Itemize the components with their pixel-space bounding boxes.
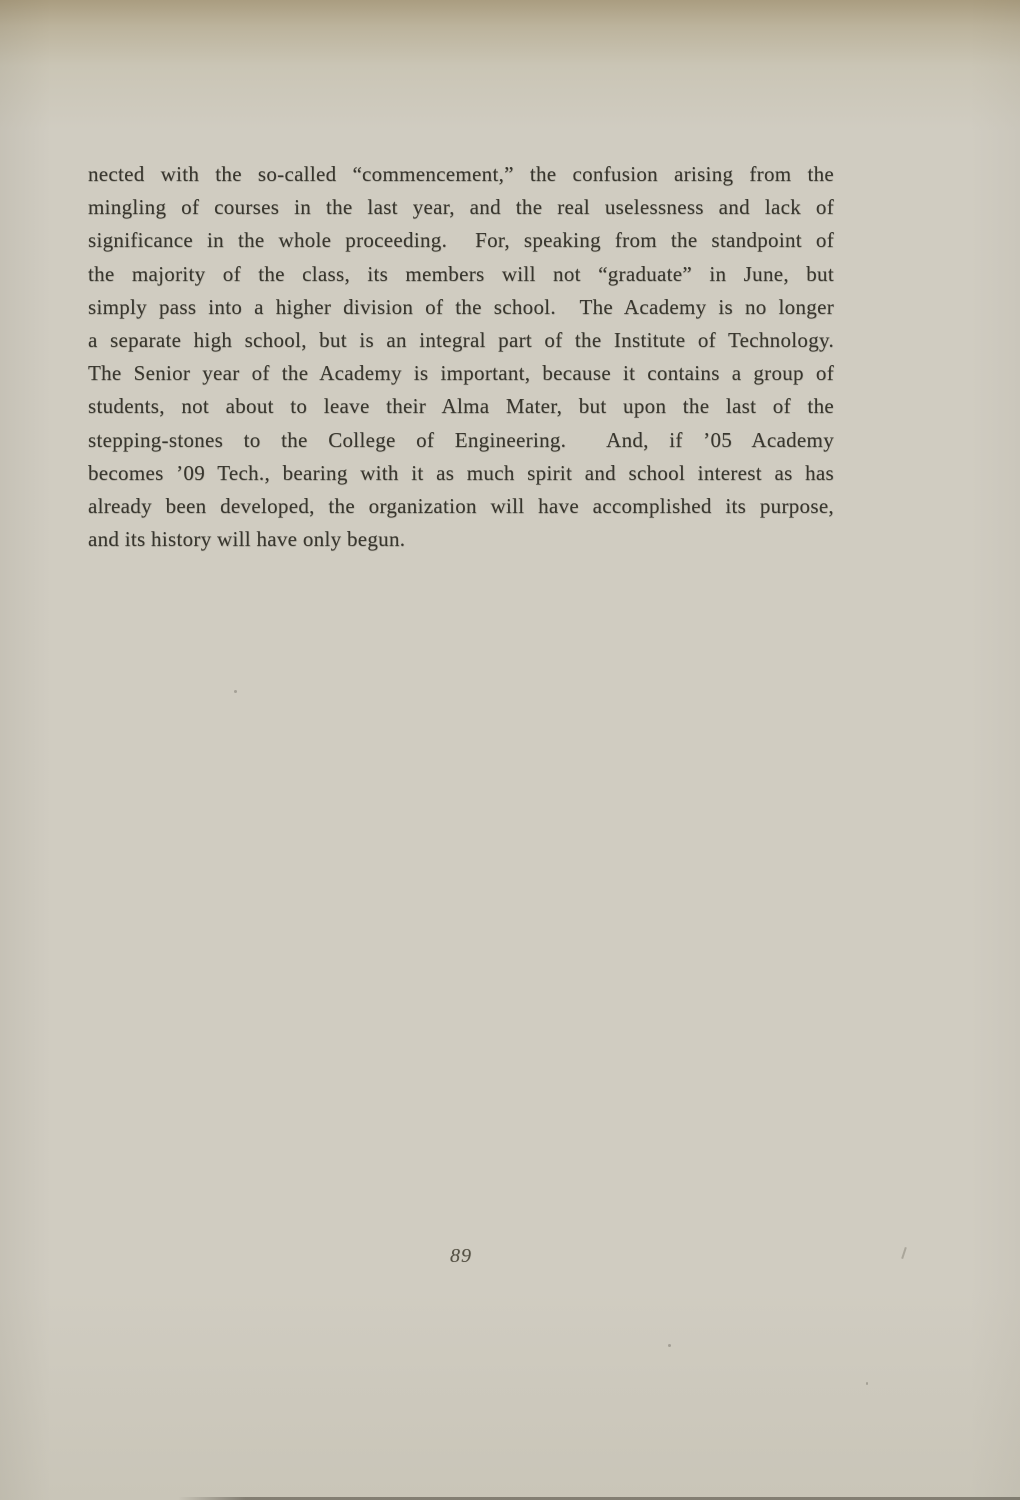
paper-scratch [901,1247,907,1259]
scanned-book-page: nected with the so-called “commencement,… [0,0,1020,1500]
text-line: and its history will have only begun. [88,523,834,556]
text-line: becomes ’09 Tech., bearing with it as mu… [88,457,834,490]
text-line: nected with the so-called “commencement,… [88,158,834,191]
text-line: already been developed, the organization… [88,490,834,523]
paper-speck [866,1382,868,1385]
text-line: a separate high school, but is an integr… [88,324,834,357]
text-line: stepping-stones to the College of Engine… [88,424,834,457]
text-line: The Senior year of the Academy is import… [88,357,834,390]
page-number: 89 [88,1245,834,1268]
text-line: significance in the whole proceeding. Fo… [88,224,834,257]
text-line: the majority of the class, its members w… [88,258,834,291]
text-line: mingling of courses in the last year, an… [88,191,834,224]
body-text-paragraph: nected with the so-called “commencement,… [88,158,834,556]
paper-speck [234,690,237,693]
paper-speck [668,1344,671,1347]
text-line: students, not about to leave their Alma … [88,390,834,423]
text-line: simply pass into a higher division of th… [88,291,834,324]
